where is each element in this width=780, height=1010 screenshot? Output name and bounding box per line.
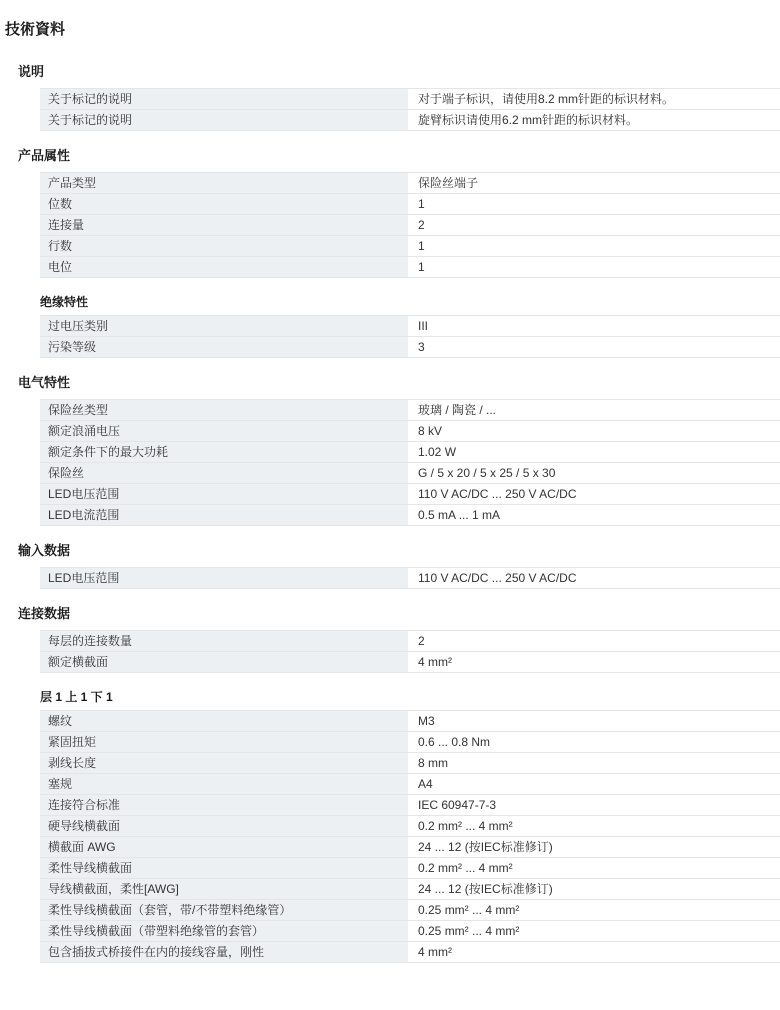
property-table-body: 产品类型 保险丝端子 位数 1 连接量 2 行数 1 电位 1 xyxy=(40,173,780,278)
property-label: 连接符合标准 xyxy=(40,795,408,816)
property-value: III xyxy=(408,316,780,337)
page-title: 技術資料 xyxy=(5,20,780,39)
property-label: 剥线长度 xyxy=(40,753,408,774)
property-value: 对于端子标识，请使用8.2 mm针距的标识材料。 xyxy=(408,89,780,110)
property-label: 导线横截面，柔性[AWG] xyxy=(40,879,408,900)
property-value: 0.25 mm² ... 4 mm² xyxy=(408,921,780,942)
property-value: 24 ... 12 (按IEC标准修订) xyxy=(408,837,780,858)
property-label: 位数 xyxy=(40,194,408,215)
property-table-body: 每层的连接数量 2 额定横截面 4 mm² xyxy=(40,631,780,673)
property-label: 过电压类别 xyxy=(40,316,408,337)
table-row: 产品类型 保险丝端子 xyxy=(40,173,780,194)
table-row: 过电压类别 III xyxy=(40,316,780,337)
property-value: 1.02 W xyxy=(408,442,780,463)
section-title: 连接数据 xyxy=(18,606,780,622)
table-row: 柔性导线横截面（套管，带/不带塑料绝缘管） 0.25 mm² ... 4 mm² xyxy=(40,900,780,921)
table-row: 额定条件下的最大功耗 1.02 W xyxy=(40,442,780,463)
table-row: 连接符合标准 IEC 60947-7-3 xyxy=(40,795,780,816)
property-value: 1 xyxy=(408,257,780,278)
property-label: 保险丝 xyxy=(40,463,408,484)
property-value: 保险丝端子 xyxy=(408,173,780,194)
table-row: 连接量 2 xyxy=(40,215,780,236)
property-value: 24 ... 12 (按IEC标准修订) xyxy=(408,879,780,900)
table-row: 每层的连接数量 2 xyxy=(40,631,780,652)
table-row: 剥线长度 8 mm xyxy=(40,753,780,774)
property-value: 0.2 mm² ... 4 mm² xyxy=(408,858,780,879)
section-title: 产品属性 xyxy=(18,148,780,164)
property-value: 110 V AC/DC ... 250 V AC/DC xyxy=(408,484,780,505)
property-label: 行数 xyxy=(40,236,408,257)
table-row: 紧固扭矩 0.6 ... 0.8 Nm xyxy=(40,732,780,753)
property-value: 8 kV xyxy=(408,421,780,442)
property-label: LED电流范围 xyxy=(40,505,408,526)
technical-data-page: 技術資料 说明 关于标记的说明 对于端子标识，请使用8.2 mm针距的标识材料。… xyxy=(0,0,780,963)
property-value: 4 mm² xyxy=(408,942,780,963)
property-label: 包含插拔式桥接件在内的接线容量，刚性 xyxy=(40,942,408,963)
property-label: 额定条件下的最大功耗 xyxy=(40,442,408,463)
property-label: 额定横截面 xyxy=(40,652,408,673)
property-label: 保险丝类型 xyxy=(40,400,408,421)
property-value: 110 V AC/DC ... 250 V AC/DC xyxy=(408,568,780,589)
property-value: G / 5 x 20 / 5 x 25 / 5 x 30 xyxy=(408,463,780,484)
sections-container: 说明 关于标记的说明 对于端子标识，请使用8.2 mm针距的标识材料。 关于标记… xyxy=(0,64,780,963)
table-row: 保险丝 G / 5 x 20 / 5 x 25 / 5 x 30 xyxy=(40,463,780,484)
property-label: 污染等级 xyxy=(40,337,408,358)
property-table: LED电压范围 110 V AC/DC ... 250 V AC/DC xyxy=(40,567,780,589)
property-label: 柔性导线横截面（带塑料绝缘管的套管） xyxy=(40,921,408,942)
property-table-body: 螺纹 M3 紧固扭矩 0.6 ... 0.8 Nm 剥线长度 8 mm 塞规 A… xyxy=(40,711,780,963)
group-title: 层 1 上 1 下 1 xyxy=(40,690,780,704)
section: 说明 关于标记的说明 对于端子标识，请使用8.2 mm针距的标识材料。 关于标记… xyxy=(0,64,780,131)
property-label: 每层的连接数量 xyxy=(40,631,408,652)
section-title: 说明 xyxy=(18,64,780,80)
property-table-body: 过电压类别 III 污染等级 3 xyxy=(40,316,780,358)
table-row: 导线横截面，柔性[AWG] 24 ... 12 (按IEC标准修订) xyxy=(40,879,780,900)
table-row: 塞规 A4 xyxy=(40,774,780,795)
property-value: 0.2 mm² ... 4 mm² xyxy=(408,816,780,837)
property-value: 0.6 ... 0.8 Nm xyxy=(408,732,780,753)
property-table-body: 保险丝类型 玻璃 / 陶瓷 / ... 额定浪涌电压 8 kV 额定条件下的最大… xyxy=(40,400,780,526)
section-title: 电气特性 xyxy=(18,375,780,391)
table-row: 关于标记的说明 旋臂标识请使用6.2 mm针距的标识材料。 xyxy=(40,110,780,131)
property-label: 柔性导线横截面 xyxy=(40,858,408,879)
property-value: 2 xyxy=(408,215,780,236)
property-value: 8 mm xyxy=(408,753,780,774)
section-title: 输入数据 xyxy=(18,543,780,559)
property-group: LED电压范围 110 V AC/DC ... 250 V AC/DC xyxy=(0,567,780,589)
property-value: A4 xyxy=(408,774,780,795)
table-row: 关于标记的说明 对于端子标识，请使用8.2 mm针距的标识材料。 xyxy=(40,89,780,110)
property-label: 连接量 xyxy=(40,215,408,236)
table-row: 包含插拔式桥接件在内的接线容量，刚性 4 mm² xyxy=(40,942,780,963)
group-title: 绝缘特性 xyxy=(40,295,780,309)
property-table-body: 关于标记的说明 对于端子标识，请使用8.2 mm针距的标识材料。 关于标记的说明… xyxy=(40,89,780,131)
property-value: 旋臂标识请使用6.2 mm针距的标识材料。 xyxy=(408,110,780,131)
table-row: 硬导线横截面 0.2 mm² ... 4 mm² xyxy=(40,816,780,837)
property-label: LED电压范围 xyxy=(40,484,408,505)
property-table: 产品类型 保险丝端子 位数 1 连接量 2 行数 1 电位 1 xyxy=(40,172,780,278)
table-row: LED电压范围 110 V AC/DC ... 250 V AC/DC xyxy=(40,484,780,505)
section: 输入数据 LED电压范围 110 V AC/DC ... 250 V AC/DC xyxy=(0,543,780,589)
property-label: 产品类型 xyxy=(40,173,408,194)
property-group: 每层的连接数量 2 额定横截面 4 mm² xyxy=(0,630,780,673)
property-value: 0.5 mA ... 1 mA xyxy=(408,505,780,526)
property-label: 电位 xyxy=(40,257,408,278)
property-value: IEC 60947-7-3 xyxy=(408,795,780,816)
property-group: 保险丝类型 玻璃 / 陶瓷 / ... 额定浪涌电压 8 kV 额定条件下的最大… xyxy=(0,399,780,526)
table-row: 横截面 AWG 24 ... 12 (按IEC标准修订) xyxy=(40,837,780,858)
property-label: 关于标记的说明 xyxy=(40,89,408,110)
property-table: 关于标记的说明 对于端子标识，请使用8.2 mm针距的标识材料。 关于标记的说明… xyxy=(40,88,780,131)
table-row: 额定浪涌电压 8 kV xyxy=(40,421,780,442)
table-row: LED电流范围 0.5 mA ... 1 mA xyxy=(40,505,780,526)
property-group: 产品类型 保险丝端子 位数 1 连接量 2 行数 1 电位 1 xyxy=(0,172,780,278)
property-value: 玻璃 / 陶瓷 / ... xyxy=(408,400,780,421)
property-label: 硬导线横截面 xyxy=(40,816,408,837)
property-label: LED电压范围 xyxy=(40,568,408,589)
property-label: 柔性导线横截面（套管，带/不带塑料绝缘管） xyxy=(40,900,408,921)
table-row: 保险丝类型 玻璃 / 陶瓷 / ... xyxy=(40,400,780,421)
section: 连接数据 每层的连接数量 2 额定横截面 4 mm² 层 1 上 1 下 1 螺… xyxy=(0,606,780,963)
property-group: 关于标记的说明 对于端子标识，请使用8.2 mm针距的标识材料。 关于标记的说明… xyxy=(0,88,780,131)
property-table-body: LED电压范围 110 V AC/DC ... 250 V AC/DC xyxy=(40,568,780,589)
property-label: 关于标记的说明 xyxy=(40,110,408,131)
table-row: 柔性导线横截面 0.2 mm² ... 4 mm² xyxy=(40,858,780,879)
property-group: 绝缘特性 过电压类别 III 污染等级 3 xyxy=(0,295,780,358)
table-row: 额定横截面 4 mm² xyxy=(40,652,780,673)
property-label: 额定浪涌电压 xyxy=(40,421,408,442)
property-table: 过电压类别 III 污染等级 3 xyxy=(40,315,780,358)
property-value: 1 xyxy=(408,194,780,215)
table-row: 行数 1 xyxy=(40,236,780,257)
property-label: 横截面 AWG xyxy=(40,837,408,858)
table-row: 电位 1 xyxy=(40,257,780,278)
property-value: 0.25 mm² ... 4 mm² xyxy=(408,900,780,921)
section: 产品属性 产品类型 保险丝端子 位数 1 连接量 2 行数 1 电位 1 绝缘特… xyxy=(0,148,780,358)
property-value: M3 xyxy=(408,711,780,732)
table-row: 螺纹 M3 xyxy=(40,711,780,732)
property-group: 层 1 上 1 下 1 螺纹 M3 紧固扭矩 0.6 ... 0.8 Nm 剥线… xyxy=(0,690,780,963)
table-row: 污染等级 3 xyxy=(40,337,780,358)
property-value: 2 xyxy=(408,631,780,652)
property-table: 螺纹 M3 紧固扭矩 0.6 ... 0.8 Nm 剥线长度 8 mm 塞规 A… xyxy=(40,710,780,963)
property-label: 紧固扭矩 xyxy=(40,732,408,753)
table-row: 柔性导线横截面（带塑料绝缘管的套管） 0.25 mm² ... 4 mm² xyxy=(40,921,780,942)
property-value: 3 xyxy=(408,337,780,358)
table-row: 位数 1 xyxy=(40,194,780,215)
table-row: LED电压范围 110 V AC/DC ... 250 V AC/DC xyxy=(40,568,780,589)
property-label: 螺纹 xyxy=(40,711,408,732)
property-value: 1 xyxy=(408,236,780,257)
section: 电气特性 保险丝类型 玻璃 / 陶瓷 / ... 额定浪涌电压 8 kV 额定条… xyxy=(0,375,780,526)
property-table: 保险丝类型 玻璃 / 陶瓷 / ... 额定浪涌电压 8 kV 额定条件下的最大… xyxy=(40,399,780,526)
property-table: 每层的连接数量 2 额定横截面 4 mm² xyxy=(40,630,780,673)
property-label: 塞规 xyxy=(40,774,408,795)
property-value: 4 mm² xyxy=(408,652,780,673)
